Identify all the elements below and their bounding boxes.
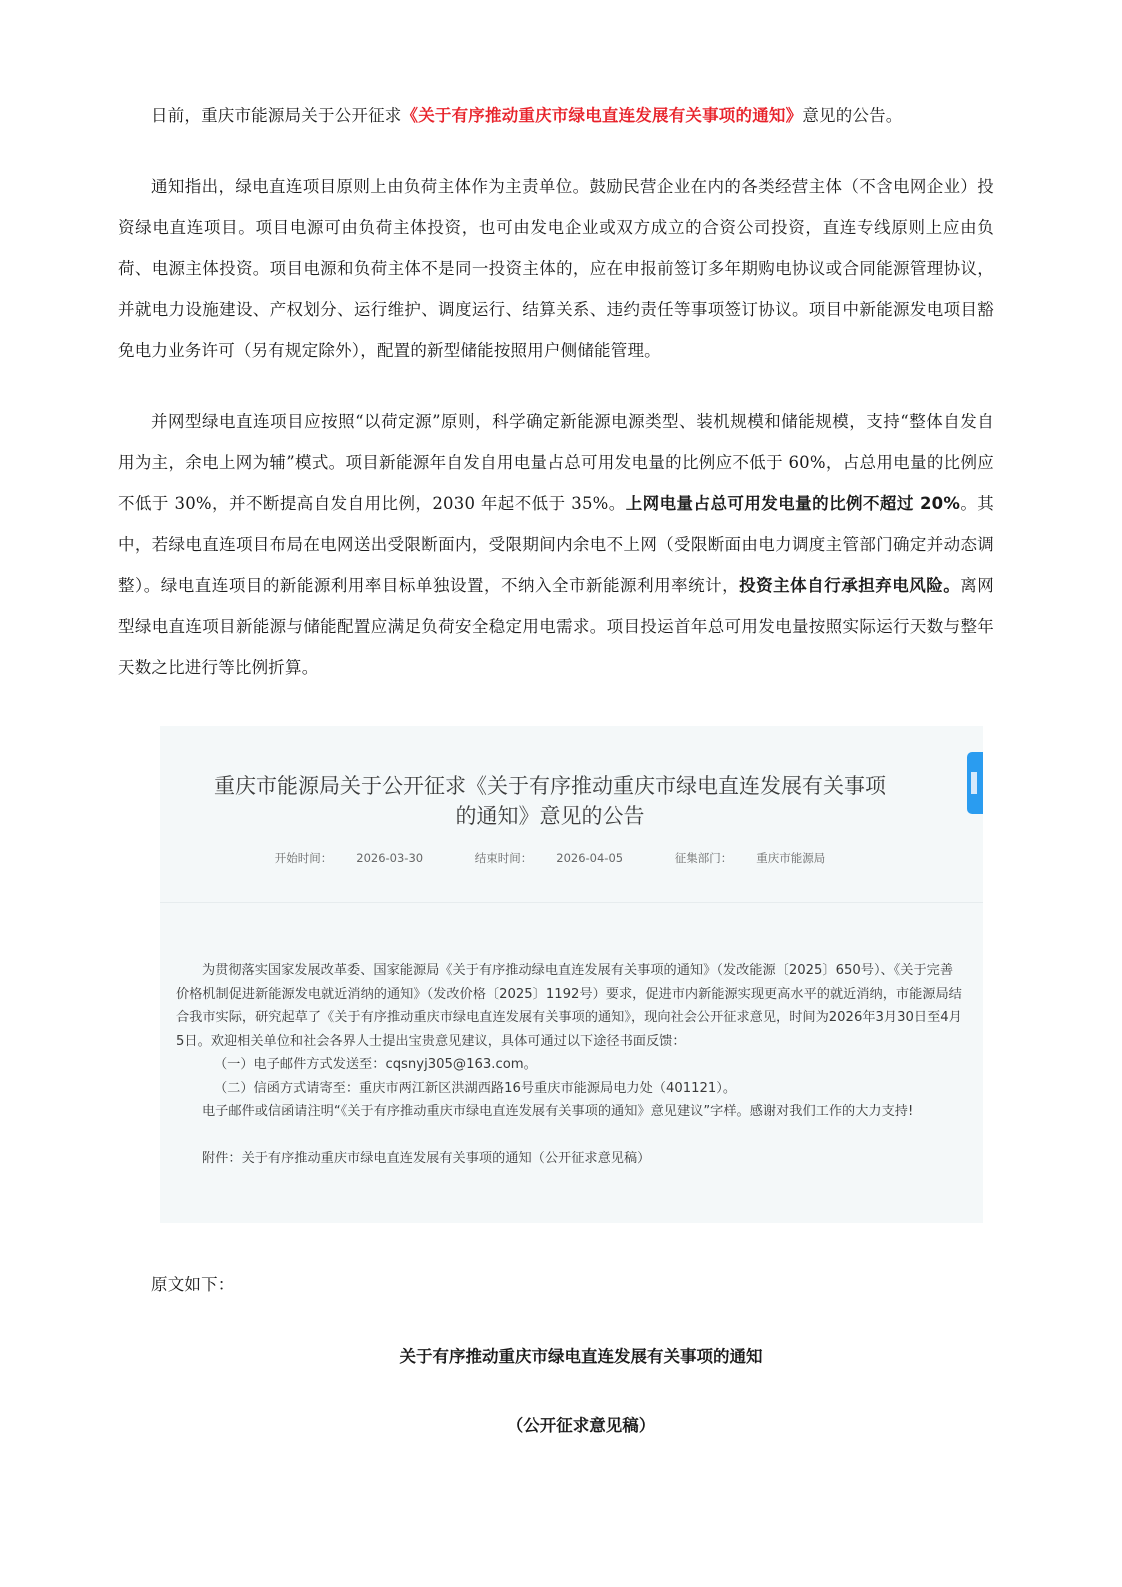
start-time: 开始时间：2026-03-30 [263,851,435,865]
feedback-email-item: （一）电子邮件方式发送至：cqsnyj305@163.com。 [176,1053,966,1077]
paragraph2-bold-risk: 投资主体自行承担弃电风险。 [739,576,960,595]
document-title: 关于有序推动重庆市绿电直连发展有关事项的通知 [0,1343,1122,1367]
email-end: 。 [524,1057,537,1072]
embedded-announcement-screenshot: 重庆市能源局关于公开征求《关于有序推动重庆市绿电直连发展有关事项 的通知》意见的… [160,726,983,1223]
paragraph-grid-connected: 并网型绿电直连项目应按照“以荷定源”原则，科学确定新能源电源类型、装机规模和储能… [118,401,994,688]
email-address[interactable]: cqsnyj305@163.com [385,1057,523,1072]
paragraph2-bold-grid-ratio: 上网电量占总可用发电量的比例不超过 20% [626,494,960,513]
document-page: 日前，重庆市能源局关于公开征求《关于有序推动重庆市绿电直连发展有关事项的通知》意… [0,0,1122,1587]
announcement-body: 为贯彻落实国家发展改革委、国家能源局《关于有序推动绿电直连发展有关事项的通知》（… [176,959,966,1171]
announcement-paragraph-2: 电子邮件或信函请注明“《关于有序推动重庆市绿电直连发展有关事项的通知》意见建议”… [176,1100,966,1124]
announcement-meta: 开始时间：2026-03-30 结束时间：2026-04-05 征集部门：重庆市… [160,850,930,866]
intro-paragraph: 日前，重庆市能源局关于公开征求《关于有序推动重庆市绿电直连发展有关事项的通知》意… [118,95,994,136]
original-text-label: 原文如下： [118,1264,994,1305]
email-label: （一）电子邮件方式发送至： [214,1057,385,1072]
attachment-label: 附件： [202,1151,242,1166]
department-value: 重庆市能源局 [756,851,825,865]
announcement-title-line2: 的通知》意见的公告 [170,801,930,831]
feedback-mail-item: （二）信函方式请寄至：重庆市两江新区洪湖西路16号重庆市能源局电力处（40112… [176,1077,966,1101]
department: 征集部门：重庆市能源局 [663,851,838,865]
document-subtitle: （公开征求意见稿） [0,1412,1122,1436]
divider [160,902,983,903]
end-time-label: 结束时间： [475,851,533,865]
announcement-title-line1: 重庆市能源局关于公开征求《关于有序推动重庆市绿电直连发展有关事项 [170,771,930,801]
department-label: 征集部门： [675,851,733,865]
end-time: 结束时间：2026-04-05 [463,851,635,865]
notice-title-highlight: 《关于有序推动重庆市绿电直连发展有关事项的通知》 [402,106,803,125]
intro-suffix: 意见的公告。 [802,106,902,125]
announcement-paragraph-1: 为贯彻落实国家发展改革委、国家能源局《关于有序推动绿电直连发展有关事项的通知》（… [176,959,966,1053]
attachment-line: 附件：关于有序推动重庆市绿电直连发展有关事项的通知（公开征求意见稿） [176,1147,966,1171]
attachment-link[interactable]: 关于有序推动重庆市绿电直连发展有关事项的通知（公开征求意见稿） [242,1151,651,1166]
announcement-title: 重庆市能源局关于公开征求《关于有序推动重庆市绿电直连发展有关事项 的通知》意见的… [160,771,930,831]
end-time-value: 2026-04-05 [556,851,623,865]
start-time-label: 开始时间： [275,851,333,865]
start-time-value: 2026-03-30 [356,851,423,865]
paragraph-notice-summary: 通知指出，绿电直连项目原则上由负荷主体作为主责单位。鼓励民营企业在内的各类经营主… [118,166,994,371]
intro-prefix: 日前，重庆市能源局关于公开征求 [151,106,402,125]
side-tab-icon [967,752,983,814]
